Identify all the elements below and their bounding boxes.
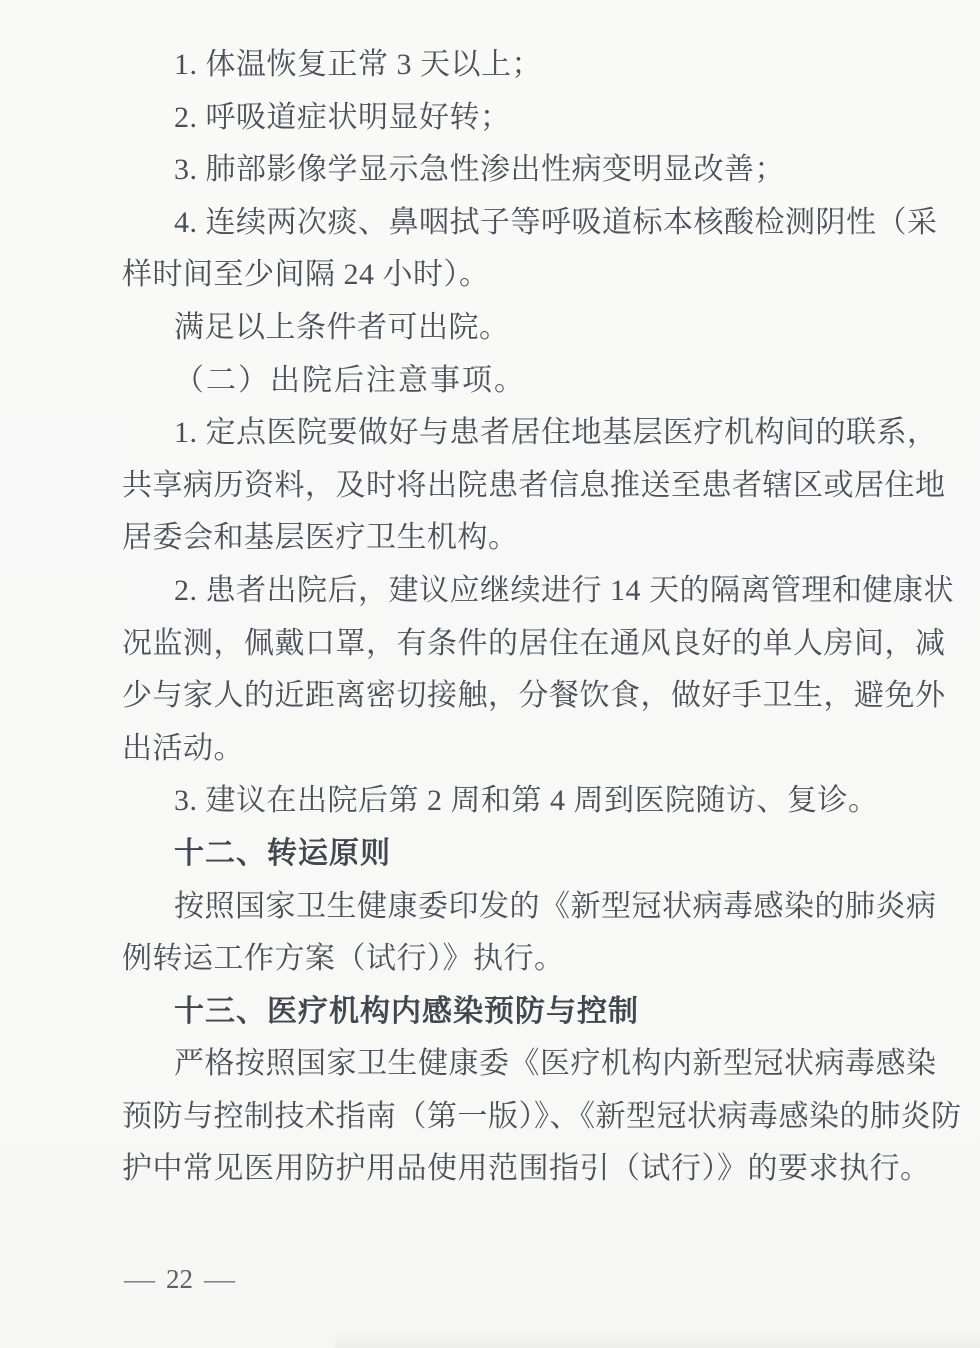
footer-dash-left: — bbox=[124, 1264, 155, 1295]
document-line: 样时间至少间隔 24 小时）。 bbox=[122, 249, 882, 302]
document-line: 满足以上条件者可出院。 bbox=[122, 302, 882, 355]
document-line: 1. 定点医院要做好与患者居住地基层医疗机构间的联系， bbox=[122, 407, 882, 460]
document-line: 十三、医疗机构内感染预防与控制 bbox=[122, 986, 882, 1039]
document-line: 十二、转运原则 bbox=[122, 828, 882, 881]
document-page: 1. 体温恢复正常 3 天以上；2. 呼吸道症状明显好转；3. 肺部影像学显示急… bbox=[0, 0, 980, 1348]
document-line: 按照国家卫生健康委印发的《新型冠状病毒感染的肺炎病 bbox=[122, 881, 882, 934]
document-line: 预防与控制技术指南（第一版）》、《新型冠状病毒感染的肺炎防 bbox=[122, 1091, 882, 1144]
document-line: 护中常见医用防护用品使用范围指引（试行）》的要求执行。 bbox=[122, 1143, 882, 1196]
document-line: 出活动。 bbox=[122, 723, 882, 776]
document-line: 1. 体温恢复正常 3 天以上； bbox=[122, 39, 882, 92]
document-line: 少与家人的近距离密切接触，分餐饮食，做好手卫生，避免外 bbox=[122, 670, 882, 723]
scan-shadow bbox=[335, 1332, 980, 1348]
footer-dash-right: — bbox=[204, 1264, 235, 1295]
document-body: 1. 体温恢复正常 3 天以上；2. 呼吸道症状明显好转；3. 肺部影像学显示急… bbox=[122, 39, 882, 1196]
document-line: 况监测，佩戴口罩，有条件的居住在通风良好的单人房间，减 bbox=[122, 618, 882, 671]
document-line: 3. 建议在出院后第 2 周和第 4 周到医院随访、复诊。 bbox=[122, 775, 882, 828]
document-line: 4. 连续两次痰、鼻咽拭子等呼吸道标本核酸检测阴性（采 bbox=[122, 197, 882, 250]
document-line: 居委会和基层医疗卫生机构。 bbox=[122, 512, 882, 565]
document-line: 3. 肺部影像学显示急性渗出性病变明显改善； bbox=[122, 144, 882, 197]
document-line: 2. 呼吸道症状明显好转； bbox=[122, 92, 882, 145]
document-line: 共享病历资料，及时将出院患者信息推送至患者辖区或居住地 bbox=[122, 460, 882, 513]
document-line: 例转运工作方案（试行）》执行。 bbox=[122, 933, 882, 986]
document-line: （二）出院后注意事项。 bbox=[122, 355, 882, 408]
document-line: 严格按照国家卫生健康委《医疗机构内新型冠状病毒感染 bbox=[122, 1038, 882, 1091]
page-footer: — 22 — bbox=[126, 1264, 233, 1295]
document-line: 2. 患者出院后，建议应继续进行 14 天的隔离管理和健康状 bbox=[122, 565, 882, 618]
page-number: 22 bbox=[166, 1264, 193, 1295]
